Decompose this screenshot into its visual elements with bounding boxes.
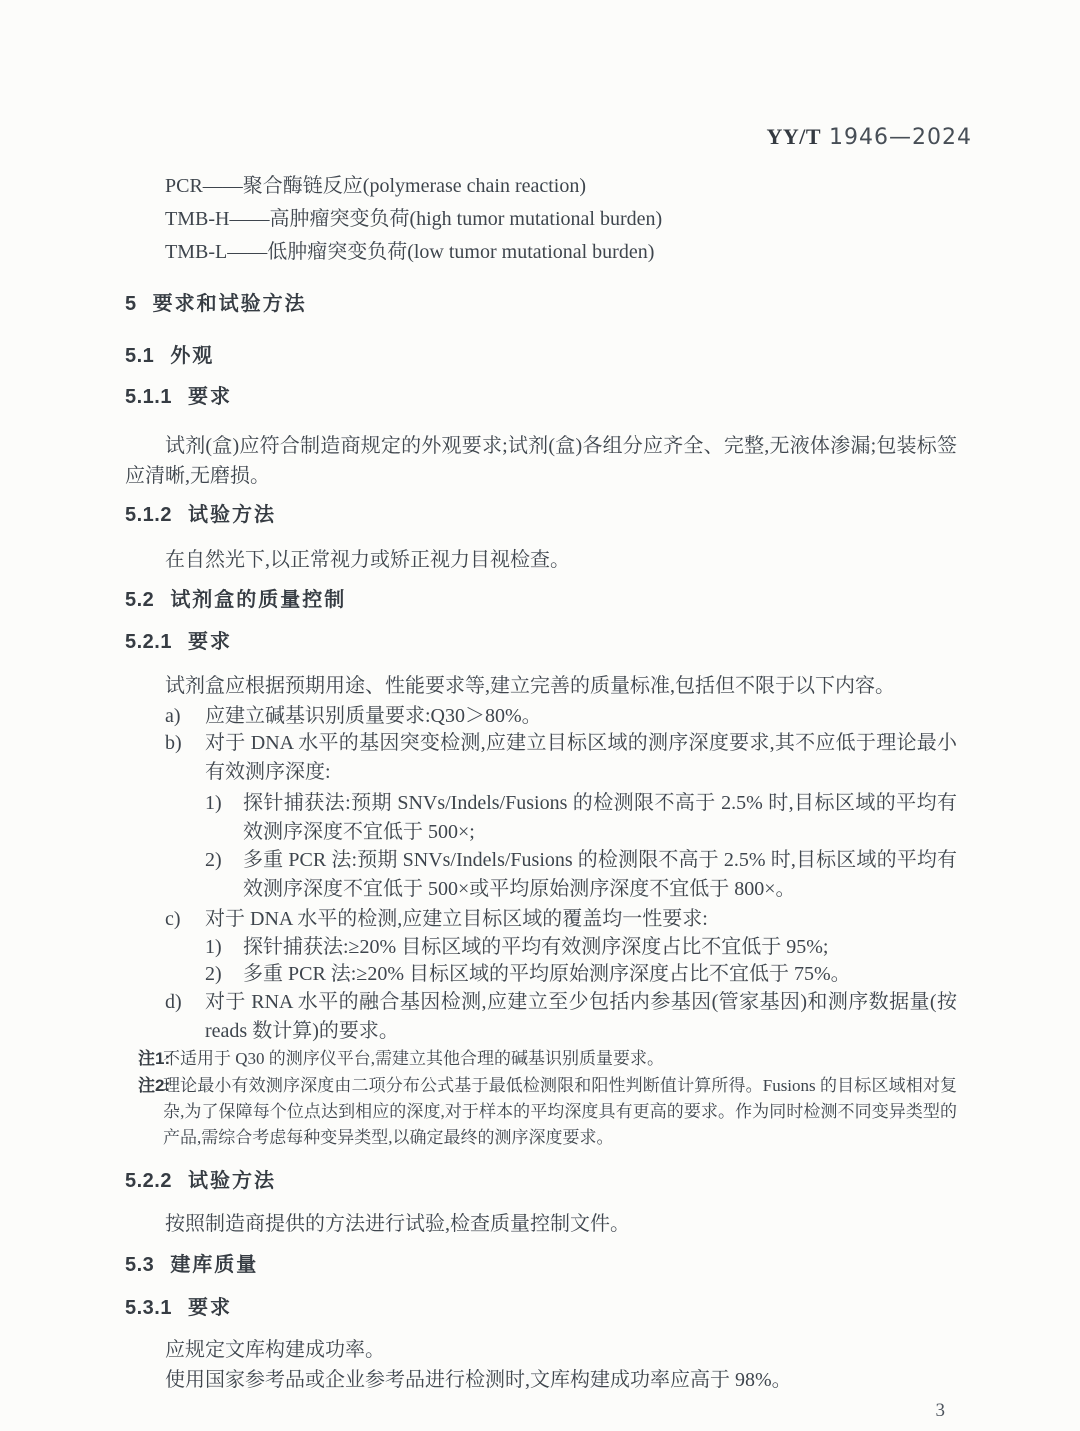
- section-title: 试验方法: [188, 504, 276, 526]
- section-number: 5.2.1: [125, 628, 172, 657]
- section-title: 要求: [188, 386, 232, 408]
- section-title: 要求: [188, 631, 232, 653]
- list-item-text: 对于 RNA 水平的融合基因检测,应建立至少包括内参基因(管家基因)和测序数据量…: [205, 991, 957, 1042]
- section-5-heading: 5要求和试验方法: [125, 290, 957, 319]
- section-5-2-1-heading: 5.2.1要求: [125, 628, 957, 657]
- abbreviation-pcr: PCR——聚合酶链反应(polymerase chain reaction): [125, 170, 957, 203]
- note-2-label: 注2:: [138, 1073, 170, 1099]
- section-5-3-heading: 5.3建库质量: [125, 1251, 957, 1280]
- section-5-3-1-heading: 5.3.1要求: [125, 1294, 957, 1323]
- section-5-3-1-paragraphs: 应规定文库构建成功率。 使用国家参考品或企业参考品进行检测时,文库构建成功率应高…: [125, 1335, 957, 1395]
- list-item-b-2: 2) 多重 PCR 法:预期 SNVs/Indels/Fusions 的检测限不…: [125, 846, 957, 904]
- list-marker-d: d): [165, 988, 182, 1017]
- section-number: 5.3: [125, 1251, 154, 1280]
- list-item-c-2: 2) 多重 PCR 法:≥20% 目标区域的平均原始测序深度占比不宜低于 75%…: [125, 960, 957, 989]
- standard-code: YY/T: [766, 124, 821, 149]
- list-item-d: d) 对于 RNA 水平的融合基因检测,应建立至少包括内参基因(管家基因)和测序…: [125, 988, 957, 1046]
- section-5-2-1-intro: 试剂盒应根据预期用途、性能要求等,建立完善的质量标准,包括但不限于以下内容。: [125, 672, 957, 701]
- section-5-2-2-heading: 5.2.2试验方法: [125, 1167, 957, 1196]
- list-item-text: 对于 DNA 水平的检测,应建立目标区域的覆盖均一性要求:: [205, 908, 708, 930]
- list-item-text: 探针捕获法:≥20% 目标区域的平均有效测序深度占比不宜低于 95%;: [243, 936, 828, 958]
- list-item-text: 多重 PCR 法:≥20% 目标区域的平均原始测序深度占比不宜低于 75%。: [243, 963, 851, 985]
- abbreviation-tmb-h: TMB-H——高肿瘤突变负荷(high tumor mutational bur…: [125, 203, 957, 236]
- section-5-3-1-paragraph-2: 使用国家参考品或企业参考品进行检测时,文库构建成功率应高于 98%。: [125, 1365, 957, 1395]
- section-title: 试验方法: [188, 1170, 276, 1192]
- document-page: YY/T1946—2024 PCR——聚合酶链反应(polymerase cha…: [0, 0, 1080, 1431]
- list-marker-b-2: 2): [205, 846, 222, 875]
- standard-number: 1946—2024: [829, 125, 972, 150]
- section-title: 外观: [170, 345, 214, 367]
- section-number: 5.1: [125, 342, 154, 371]
- abbreviation-tmb-l: TMB-L——低肿瘤突变负荷(low tumor mutational burd…: [125, 236, 957, 269]
- section-5-1-heading: 5.1外观: [125, 342, 957, 371]
- note-1-label: 注1:: [138, 1046, 170, 1072]
- section-5-1-2-heading: 5.1.2试验方法: [125, 501, 957, 530]
- section-5-2-heading: 5.2试剂盒的质量控制: [125, 586, 957, 615]
- list-item-text: 多重 PCR 法:预期 SNVs/Indels/Fusions 的检测限不高于 …: [243, 849, 957, 900]
- list-marker-c-1: 1): [205, 933, 222, 962]
- section-number: 5.1.1: [125, 383, 172, 412]
- list-marker-c-2: 2): [205, 960, 222, 989]
- note-1-text: 不适用于 Q30 的测序仪平台,需建立其他合理的碱基识别质量要求。: [163, 1049, 664, 1068]
- page-number: 3: [125, 1400, 957, 1422]
- running-header: YY/T1946—2024: [125, 124, 972, 150]
- section-number: 5.3.1: [125, 1294, 172, 1323]
- list-item-text: 探针捕获法:预期 SNVs/Indels/Fusions 的检测限不高于 2.5…: [243, 792, 957, 843]
- section-5-3-1-paragraph-1: 应规定文库构建成功率。: [125, 1335, 957, 1365]
- section-5-1-1-paragraph: 试剂(盒)应符合制造商规定的外观要求;试剂(盒)各组分应齐全、完整,无液体渗漏;…: [125, 431, 957, 491]
- list-item-b-1: 1) 探针捕获法:预期 SNVs/Indels/Fusions 的检测限不高于 …: [125, 789, 957, 847]
- note-1: 注1: 不适用于 Q30 的测序仪平台,需建立其他合理的碱基识别质量要求。: [125, 1046, 957, 1072]
- list-marker-c: c): [165, 905, 181, 934]
- list-item-b: b) 对于 DNA 水平的基因突变检测,应建立目标区域的测序深度要求,其不应低于…: [125, 729, 957, 787]
- list-marker-b-1: 1): [205, 789, 222, 818]
- section-5-2-2-paragraph: 按照制造商提供的方法进行试验,检查质量控制文件。: [125, 1210, 957, 1239]
- section-title: 试剂盒的质量控制: [170, 589, 346, 611]
- list-item-text: 对于 DNA 水平的基因突变检测,应建立目标区域的测序深度要求,其不应低于理论最…: [205, 732, 957, 783]
- abbreviation-list: PCR——聚合酶链反应(polymerase chain reaction) T…: [125, 170, 957, 269]
- section-5-1-1-heading: 5.1.1要求: [125, 383, 957, 412]
- list-item-text: 应建立碱基识别质量要求:Q30＞80%。: [205, 705, 542, 727]
- list-item-c: c) 对于 DNA 水平的检测,应建立目标区域的覆盖均一性要求:: [125, 905, 957, 934]
- section-title: 要求和试验方法: [153, 293, 307, 315]
- section-number: 5.2.2: [125, 1167, 172, 1196]
- section-title: 建库质量: [170, 1254, 258, 1276]
- section-5-1-2-paragraph: 在自然光下,以正常视力或矫正视力目视检查。: [125, 546, 957, 575]
- note-2-text: 理论最小有效测序深度由二项分布公式基于最低检测限和阳性判断值计算所得。Fusio…: [163, 1076, 957, 1147]
- section-number: 5.1.2: [125, 501, 172, 530]
- note-2: 注2: 理论最小有效测序深度由二项分布公式基于最低检测限和阳性判断值计算所得。F…: [125, 1073, 957, 1151]
- list-marker-b: b): [165, 729, 182, 758]
- section-title: 要求: [188, 1297, 232, 1319]
- list-marker-a: a): [165, 702, 181, 731]
- section-number: 5: [125, 290, 137, 319]
- list-item-a: a) 应建立碱基识别质量要求:Q30＞80%。: [125, 702, 957, 731]
- list-item-c-1: 1) 探针捕获法:≥20% 目标区域的平均有效测序深度占比不宜低于 95%;: [125, 933, 957, 962]
- section-number: 5.2: [125, 586, 154, 615]
